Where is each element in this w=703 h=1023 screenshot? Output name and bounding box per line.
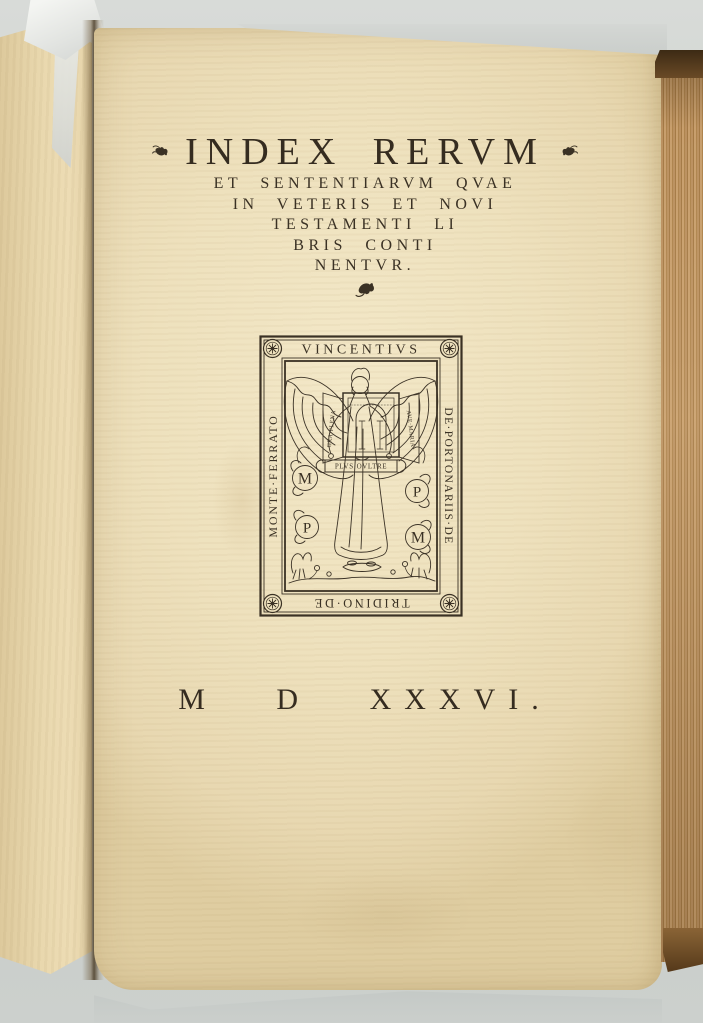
hedera-leaf-icon-left xyxy=(152,139,169,165)
right-panel-inscription: AVE·MARIA xyxy=(405,410,416,448)
monogram-lower-right: M xyxy=(411,530,425,547)
left-panel-inscription: GRA·PLENA xyxy=(327,410,338,448)
fore-edge-bottom-cap xyxy=(663,928,703,972)
subtitle-line: ET SENTENTIARVM QVAE xyxy=(152,174,578,195)
subtitle-line: BRIS CONTI xyxy=(152,236,578,257)
ground-flora xyxy=(289,553,435,583)
center-ornament xyxy=(152,275,578,306)
left-page-edge xyxy=(0,22,92,974)
fore-edge-top-cap xyxy=(655,50,703,78)
book-photograph: INDEX RERVM ET SENTENTIARVM QVAE IN VETE… xyxy=(0,0,703,1023)
device-motto: PLVS·OVLTRE xyxy=(335,463,387,471)
device-top-band: VINCENTIVS xyxy=(302,343,421,358)
device-border xyxy=(261,337,462,616)
hedera-leaf-icon-center xyxy=(353,274,377,302)
subtitle-line: IN VETERIS ET NOVI xyxy=(152,195,578,216)
device-left-band: MONTE·FERRATO xyxy=(266,414,280,537)
device-bottom-band: TRIDINO·DE xyxy=(312,596,409,610)
hedera-leaf-icon-right xyxy=(561,139,578,165)
corner-medallion xyxy=(441,595,459,613)
subtitle-line: TESTAMENTI LI xyxy=(152,215,578,236)
monogram-upper-left: M xyxy=(298,471,312,488)
corner-medallion xyxy=(264,595,282,613)
imprint-date: M D XXXVI. xyxy=(152,683,578,717)
subtitle-line: NENTVR. xyxy=(152,256,578,277)
printers-device: VINCENTIVS DE·PORTONARIIS·DE TRIDINO·DE … xyxy=(259,335,463,617)
title-page: INDEX RERVM ET SENTENTIARVM QVAE IN VETE… xyxy=(94,28,662,990)
title-row: INDEX RERVM xyxy=(152,130,578,174)
corner-medallion xyxy=(441,340,459,358)
page-title: INDEX RERVM xyxy=(185,130,545,174)
corner-medallion xyxy=(264,340,282,358)
monogram-upper-right: P xyxy=(413,485,421,501)
subtitle-block: ET SENTENTIARVM QVAE IN VETERIS ET NOVI … xyxy=(152,174,578,277)
monogram-lower-left: P xyxy=(303,521,311,537)
device-right-band: DE·PORTONARIIS·DE xyxy=(442,407,454,544)
fore-edge xyxy=(661,56,703,962)
